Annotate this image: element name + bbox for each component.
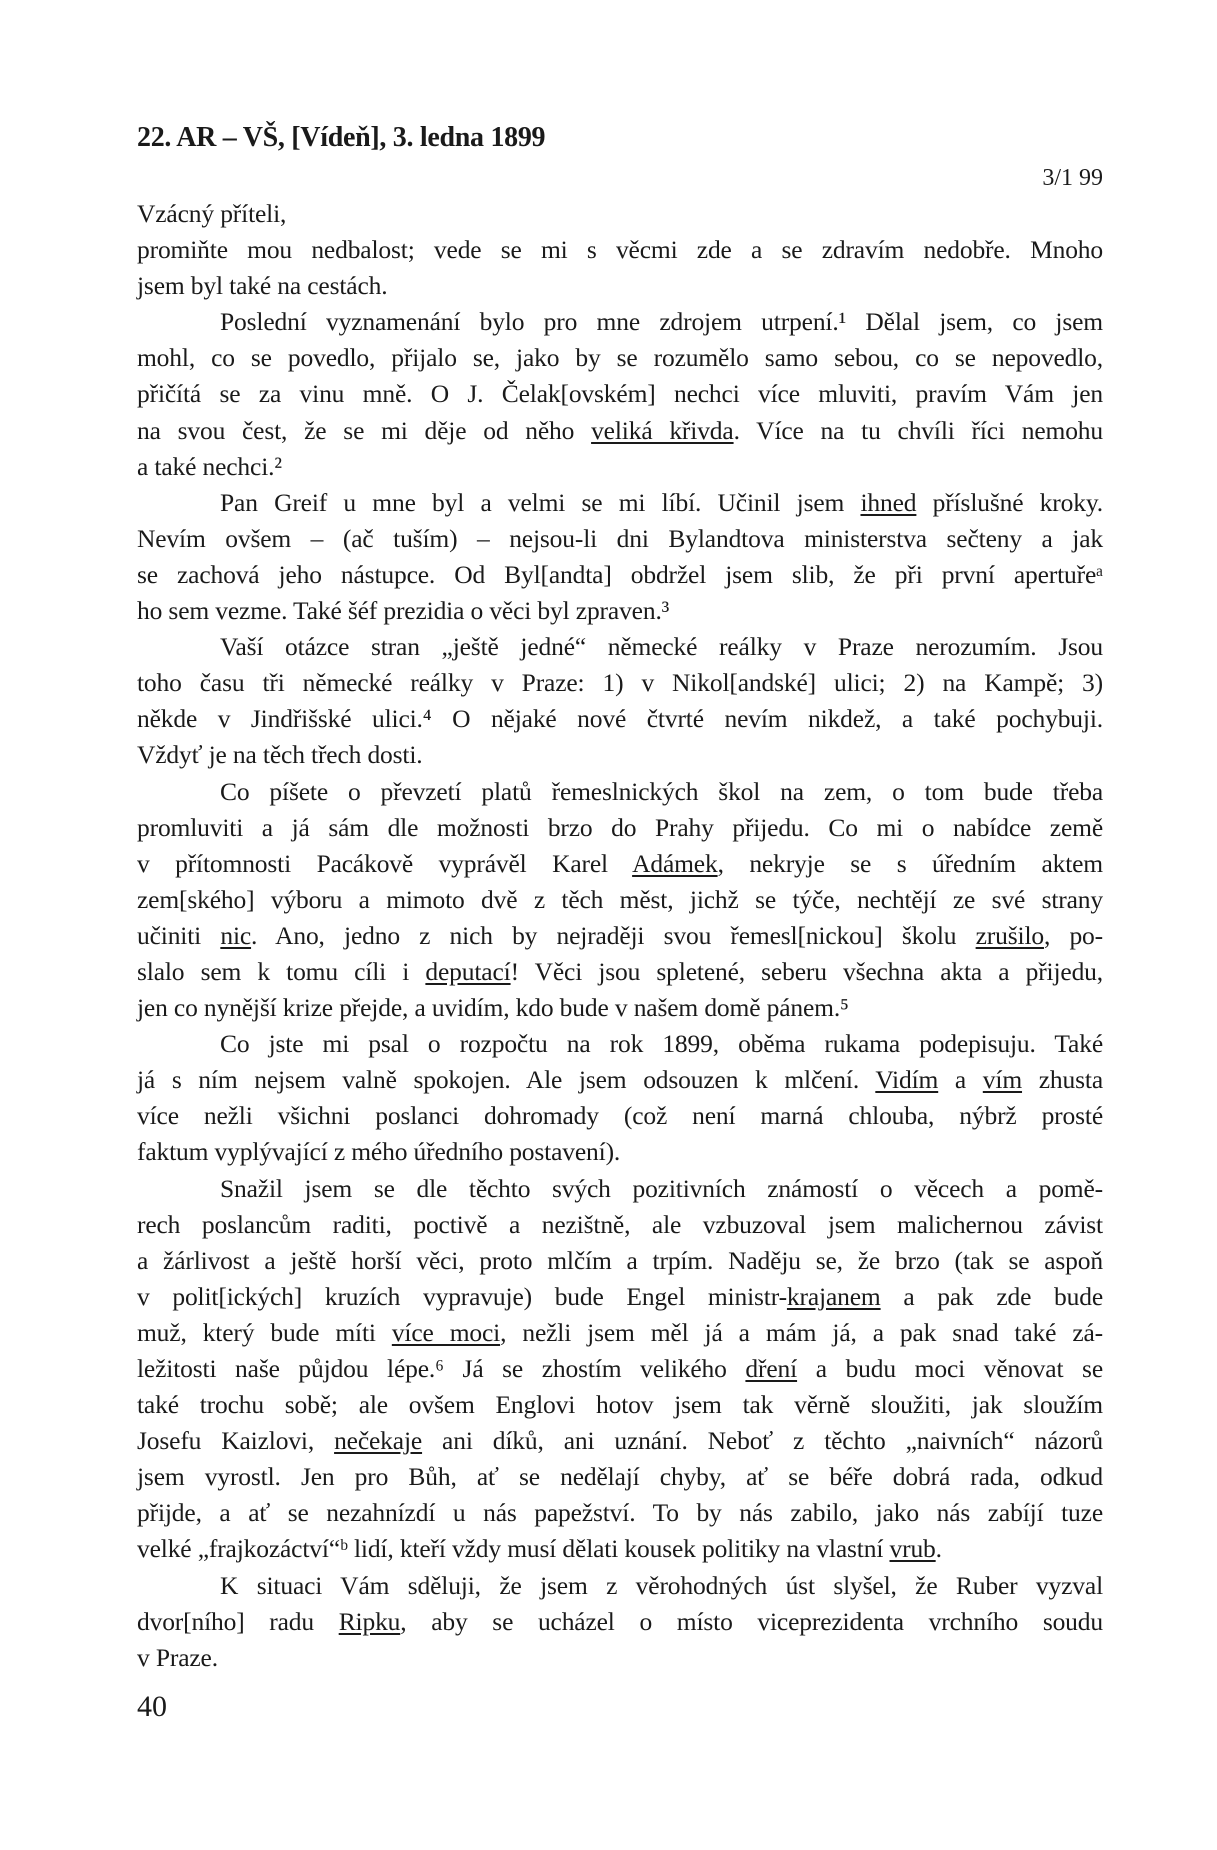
underlined-emphasis: Vidím	[875, 1065, 938, 1094]
text-line: Vzácný příteli,	[137, 196, 1103, 232]
text-line: promiňte mou nedbalost; vede se mi s věc…	[137, 232, 1103, 268]
text-line: zem[ského] výboru a mimoto dvě z těch mě…	[137, 882, 1103, 918]
text-line: Vaší otázce stran „ještě jedné“ německé …	[137, 629, 1103, 665]
underlined-emphasis: zrušilo	[976, 921, 1044, 950]
underlined-emphasis: Ripku	[339, 1607, 401, 1636]
text-line: Nevím ovšem – (ač tuším) – nejsou-li dni…	[137, 521, 1103, 557]
text-line: v polit[ických] kruzích vypravuje) bude …	[137, 1279, 1103, 1315]
text-line: ležitosti naše půjdou lépe.⁶ Já se zhost…	[137, 1351, 1103, 1387]
underlined-emphasis: více moci	[392, 1318, 500, 1347]
text-line: ho sem vezme. Také šéf prezidia o věci b…	[137, 593, 1103, 629]
underlined-emphasis: nic	[220, 921, 251, 950]
letter-body: Vzácný příteli,promiňte mou nedbalost; v…	[137, 196, 1103, 1676]
underlined-emphasis: vím	[983, 1065, 1022, 1094]
underlined-emphasis: dření	[745, 1354, 797, 1383]
document-page: 22. AR – VŠ, [Vídeň], 3. ledna 1899 3/1 …	[137, 118, 1103, 1676]
letter-heading: 22. AR – VŠ, [Vídeň], 3. ledna 1899	[137, 118, 1103, 158]
text-line: v přítomnosti Pacákově vyprávěl Karel Ad…	[137, 846, 1103, 882]
text-line: se zachová jeho nástupce. Od Byl[andta] …	[137, 557, 1103, 593]
text-line: Snažil jsem se dle těchto svých pozitivn…	[137, 1171, 1103, 1207]
underlined-emphasis: Adámek	[632, 849, 718, 878]
text-line: a také nechci.²	[137, 449, 1103, 485]
text-line: Pan Greif u mne byl a velmi se mi líbí. …	[137, 485, 1103, 521]
text-line: Vždyť je na těch třech dosti.	[137, 737, 1103, 773]
text-line: přijde, a ať se nezahnízdí u nás papežst…	[137, 1495, 1103, 1531]
text-line: jsem byl také na cestách.	[137, 268, 1103, 304]
underlined-emphasis: nečekaje	[334, 1426, 422, 1455]
text-line: mohl, co se povedlo, přijalo se, jako by…	[137, 340, 1103, 376]
text-line: muž, který bude míti více moci, nežli js…	[137, 1315, 1103, 1351]
text-line: jen co nynější krize přejde, a uvidím, k…	[137, 990, 1103, 1026]
letter-reference-date: 3/1 99	[137, 160, 1103, 196]
text-line: já s ním nejsem valně spokojen. Ale jsem…	[137, 1062, 1103, 1098]
underlined-emphasis: krajanem	[787, 1282, 881, 1311]
text-line: Co jste mi psal o rozpočtu na rok 1899, …	[137, 1026, 1103, 1062]
underlined-emphasis: deputací	[425, 957, 510, 986]
text-line: v Praze.	[137, 1640, 1103, 1676]
text-line: toho času tři německé reálky v Praze: 1)…	[137, 665, 1103, 701]
text-line: a žárlivost a ještě horší věci, proto ml…	[137, 1243, 1103, 1279]
text-line: Josefu Kaizlovi, nečekaje ani díků, ani …	[137, 1423, 1103, 1459]
text-line: jsem vyrostl. Jen pro Bůh, ať se nedělaj…	[137, 1459, 1103, 1495]
text-line: K situaci Vám sděluji, že jsem z věrohod…	[137, 1568, 1103, 1604]
text-line: na svou čest, že se mi děje od něho veli…	[137, 413, 1103, 449]
text-line: velké „frajkozáctví“ᵇ lidí, kteří vždy m…	[137, 1531, 1103, 1567]
text-line: Co píšete o převzetí platů řemeslnických…	[137, 774, 1103, 810]
text-line: učiniti nic. Ano, jedno z nich by nejrad…	[137, 918, 1103, 954]
text-line: přičítá se za vinu mně. O J. Čelak[ovské…	[137, 376, 1103, 412]
underlined-emphasis: vrub	[890, 1534, 936, 1563]
underlined-emphasis: ihned	[860, 488, 916, 517]
text-line: faktum vyplývající z mého úředního posta…	[137, 1134, 1103, 1170]
text-line: rech poslancům raditi, poctivě a nezištn…	[137, 1207, 1103, 1243]
text-line: slalo sem k tomu cíli i deputací! Věci j…	[137, 954, 1103, 990]
text-line: také trochu sobě; ale ovšem Englovi hoto…	[137, 1387, 1103, 1423]
text-line: dvor[ního] radu Ripku, aby se ucházel o …	[137, 1604, 1103, 1640]
text-line: někde v Jindřišské ulici.⁴ O nějaké nové…	[137, 701, 1103, 737]
page-number: 40	[137, 1690, 167, 1724]
text-line: více nežli všichni poslanci dohromady (c…	[137, 1098, 1103, 1134]
text-line: promluviti a já sám dle možnosti brzo do…	[137, 810, 1103, 846]
underlined-emphasis: veliká křivda	[591, 416, 734, 445]
text-line: Poslední vyznamenání bylo pro mne zdroje…	[137, 304, 1103, 340]
